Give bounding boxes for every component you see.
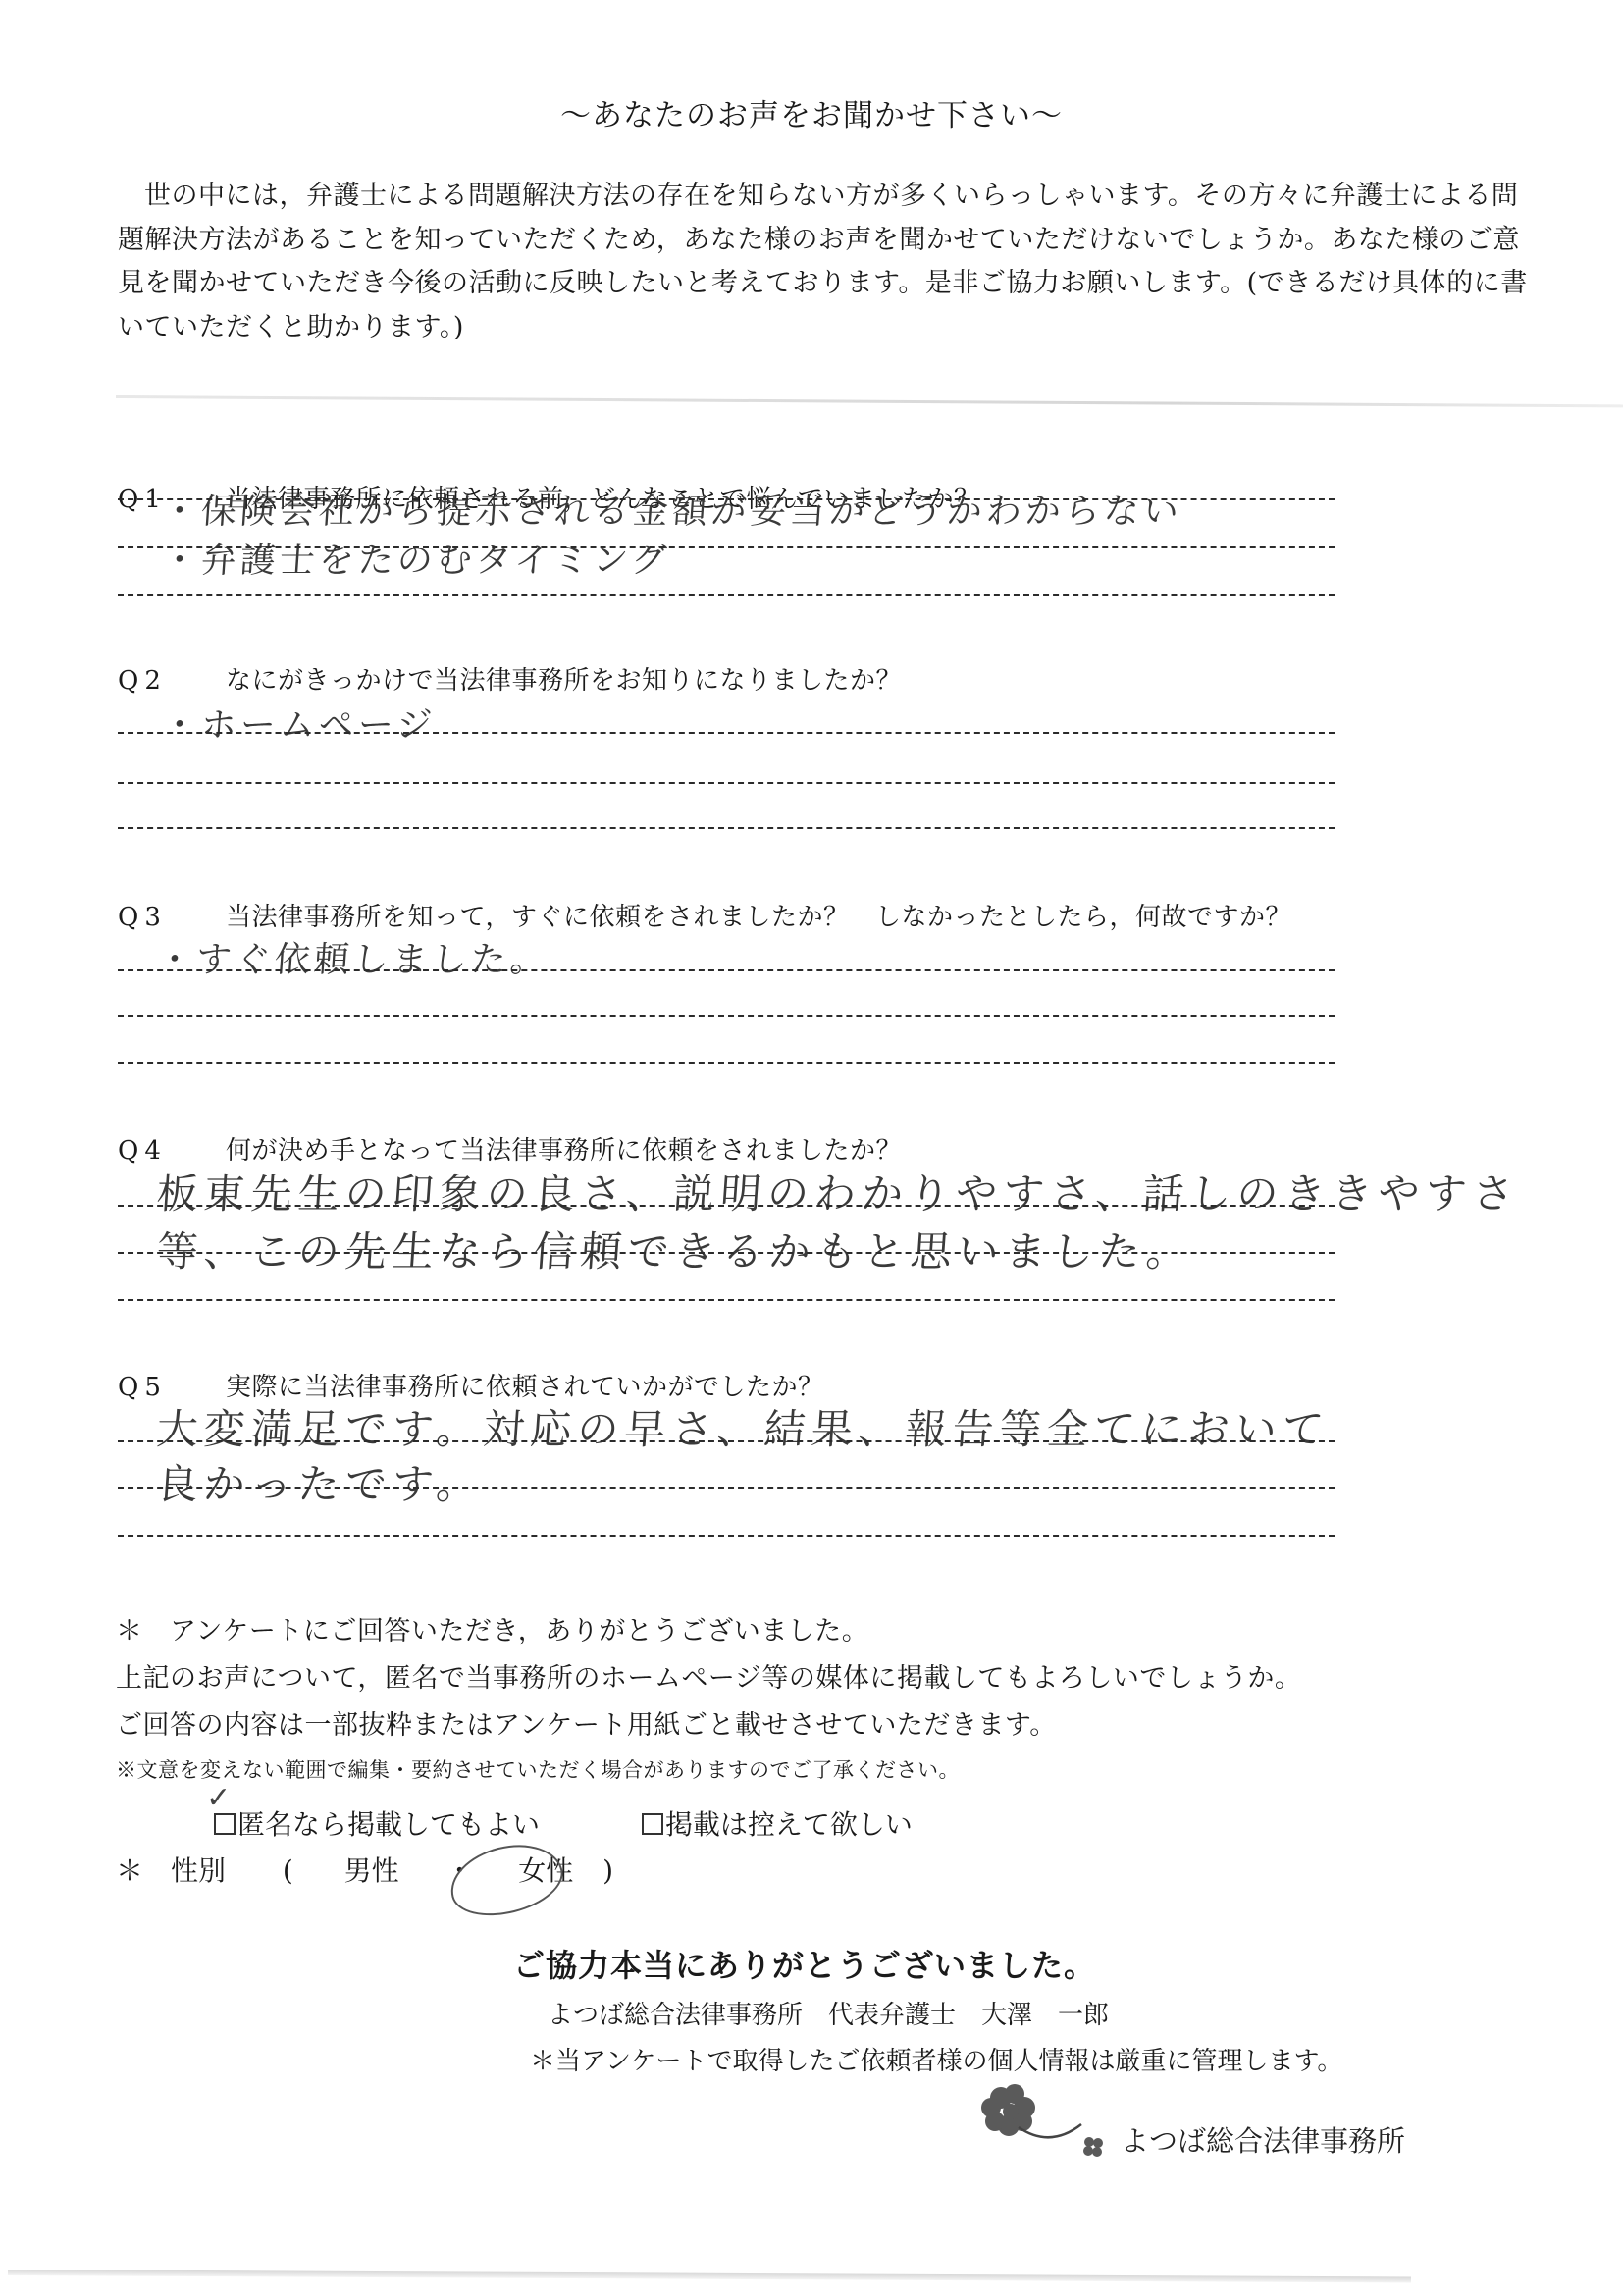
answer-line: 良かったです。 xyxy=(155,1452,486,1511)
selection-circle xyxy=(443,1834,569,1926)
gender-label: ＊ 性別 xyxy=(116,1854,226,1887)
question-text: なにがきっかけで当法律事務所をお知りになりましたか？ xyxy=(226,666,902,696)
answer-rule xyxy=(118,1252,1335,1254)
consent-question: 上記のお声について，匿名で当事務所のホームページ等の媒体に掲載してもよろしいでし… xyxy=(116,1656,1301,1695)
question-number: Q3 xyxy=(118,903,226,932)
option-label: 掲載は控えて欲しい xyxy=(665,1808,913,1841)
answer-rule xyxy=(118,969,1335,971)
consent-options: ✓匿名なら掲載してもよい 掲載は控えて欲しい xyxy=(214,1803,913,1843)
question-3: Q3当法律事務所を知って，すぐに依頼をされましたか？ しなかったとしたら，何故で… xyxy=(118,897,1291,933)
answer-rule xyxy=(118,594,1335,596)
edit-note: ※文意を変えない範囲で編集・要約させていただく場合がありますのでご了承ください。 xyxy=(116,1754,960,1784)
question-2: Q2なにがきっかけで当法律事務所をお知りになりましたか？ xyxy=(118,660,902,697)
section-divider xyxy=(116,395,1623,407)
content-note: ご回答の内容は一部抜粋またはアンケート用紙ごと載せさせていただきます。 xyxy=(116,1703,1057,1742)
answer-line: ・保険会社から提示される金額が妥当かどうかわからない xyxy=(160,484,1184,534)
thanks-line: ＊ アンケートにご回答いただき，ありがとうございました。 xyxy=(116,1609,868,1647)
paren-open: ( xyxy=(283,1854,293,1887)
answer-line: ・すぐ依頼しました。 xyxy=(155,932,551,982)
question-text: 当法律事務所を知って，すぐに依頼をされましたか？ しなかったとしたら，何故ですか… xyxy=(226,903,1291,932)
representative-line: よつば総合法律事務所 代表弁護士 大澤 一郎 xyxy=(548,1995,1109,2031)
answer-line: 板東先生の印象の良さ、説明のわかりやすさ、話しのききやすさ xyxy=(155,1162,1522,1221)
scan-edge xyxy=(8,2270,1411,2282)
answer-rule xyxy=(118,1440,1335,1442)
option-label: 匿名なら掲載してもよい xyxy=(237,1808,540,1841)
answer-line: 大変満足です。対応の早さ、結果、報告等全てにおいて xyxy=(155,1397,1332,1456)
page-title: 〜あなたのお声をお聞かせ下さい〜 xyxy=(0,90,1623,134)
question-number: Q2 xyxy=(118,666,226,696)
answer-rule xyxy=(118,782,1335,784)
check-mark-icon: ✓ xyxy=(206,1781,231,1815)
checkbox-allow-anonymous[interactable] xyxy=(214,1813,236,1835)
option-allow-anonymous[interactable]: ✓匿名なら掲載してもよい xyxy=(214,1808,549,1841)
paren-close: ) xyxy=(602,1854,613,1887)
checkbox-decline[interactable] xyxy=(642,1813,663,1835)
answer-rule xyxy=(118,546,1335,548)
answer-rule xyxy=(118,827,1335,829)
answer-rule xyxy=(118,1062,1335,1064)
gender-option-male[interactable]: 男性 xyxy=(344,1854,399,1887)
survey-page: 〜あなたのお声をお聞かせ下さい〜 世の中には，弁護士による問題解決方法の存在を知… xyxy=(0,0,1623,2296)
logo-text: よつば総合法律事務所 xyxy=(1121,2119,1405,2160)
answer-rule xyxy=(118,732,1335,734)
closing-thanks: ご協力本当にありがとうございました。 xyxy=(513,1941,1096,1986)
answer-rule xyxy=(118,1299,1335,1301)
answer-rule xyxy=(118,1487,1335,1489)
answer-line: ・ホームページ xyxy=(160,698,438,748)
option-decline[interactable]: 掲載は控えて欲しい xyxy=(642,1808,913,1841)
answer-rule xyxy=(118,1535,1335,1537)
answer-rule xyxy=(118,1015,1335,1017)
answer-line: ・弁護士をたのむタイミング xyxy=(160,533,672,583)
answer-rule xyxy=(118,1205,1335,1207)
answer-line: 等、この先生なら信頼できるかもと思いました。 xyxy=(155,1220,1195,1278)
intro-paragraph: 世の中には，弁護士による問題解決方法の存在を知らない方が多くいらっしゃいます。そ… xyxy=(118,175,1531,349)
answer-rule xyxy=(118,498,1335,500)
